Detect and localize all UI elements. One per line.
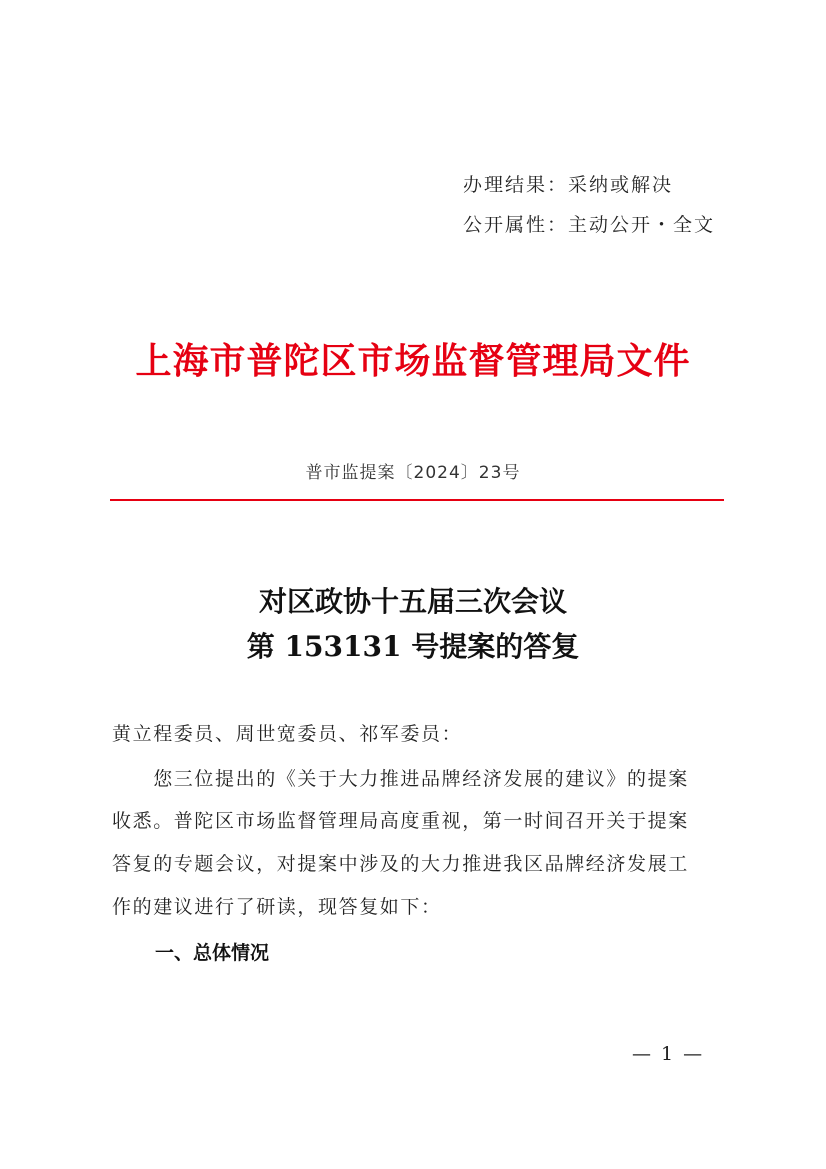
paragraph-line: 收悉。普陀区市场监督管理局高度重视，第一时间召开关于提案 (112, 806, 726, 833)
red-divider-line (110, 499, 724, 501)
handling-result: 办理结果：采纳或解决 (463, 170, 673, 197)
red-masthead-title: 上海市普陀区市场监督管理局文件 (0, 333, 826, 384)
document-title-line-2: 第 153131 号提案的答复 (0, 625, 826, 665)
disclosure-attribute: 公开属性：主动公开・全文 (463, 210, 715, 237)
page-number: — 1 — (632, 1043, 704, 1065)
document-title-line-1: 对区政协十五届三次会议 (0, 580, 826, 620)
paragraph-line: 作的建议进行了研读，现答复如下： (112, 892, 726, 919)
salutation: 黄立程委员、周世宽委员、祁军委员： (112, 719, 726, 746)
paragraph-line: 答复的专题会议，对提案中涉及的大力推进我区品牌经济发展工 (112, 849, 726, 876)
document-number: 普市监提案〔2024〕23号 (0, 458, 826, 483)
paragraph-line: 您三位提出的《关于大力推进品牌经济发展的建议》的提案 (112, 764, 726, 791)
section-heading: 一、总体情况 (155, 938, 269, 965)
